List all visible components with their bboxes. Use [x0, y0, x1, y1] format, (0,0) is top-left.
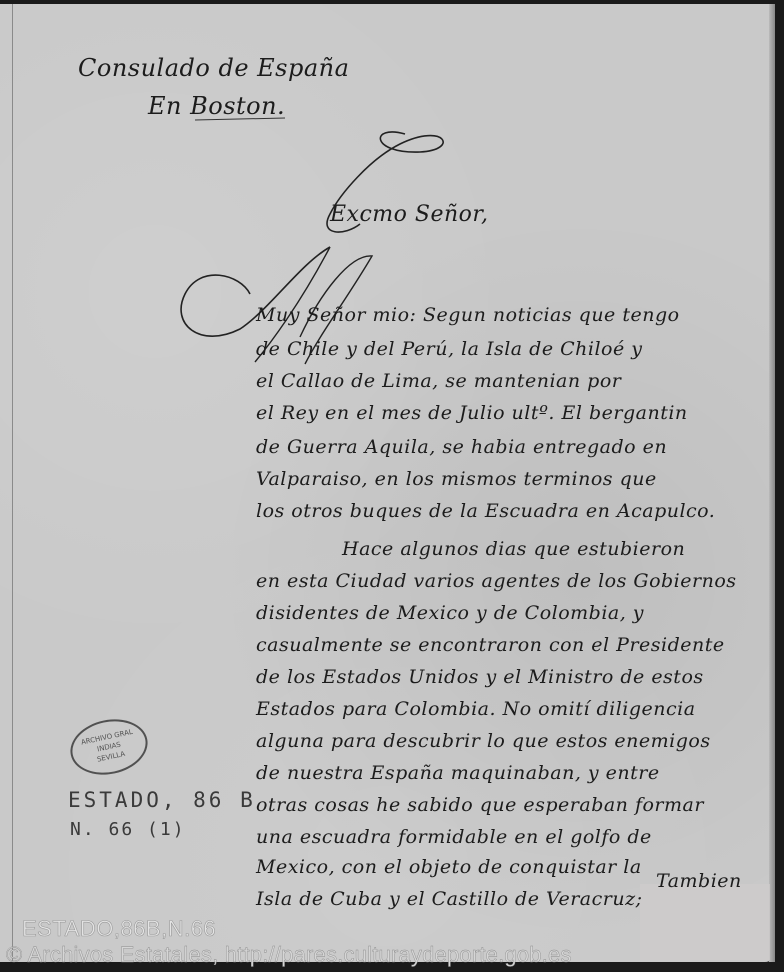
letter-line: disidentes de Mexico y de Colombia, y [256, 602, 644, 624]
letter-line: el Rey en el mes de Julio ultº. El berga… [256, 402, 688, 424]
document-page: Consulado de España En Boston. Excmo Señ… [0, 4, 775, 962]
archive-item-number: N. 66 (1) [70, 819, 186, 840]
letter-line: Muy Señor mio: Segun noticias que tengo [256, 304, 680, 326]
letter-line: de nuestra España maquinaban, y entre [256, 762, 660, 784]
letter-line: de los Estados Unidos y el Ministro de e… [256, 666, 704, 688]
letter-line: de Chile y del Perú, la Isla de Chiloé y [256, 338, 643, 360]
letter-line: otras cosas he sabido que esperaban form… [256, 794, 704, 816]
letter-line: Isla de Cuba y el Castillo de Veracruz; [256, 888, 643, 910]
letter-line: de Guerra Aquila, se habia entregado en [256, 436, 667, 458]
watermark-copyright: © Archivos Estatales, http://pares.cultu… [6, 942, 572, 968]
letterhead-city: En Boston. [148, 92, 285, 120]
letter-line: los otros buques de la Escuadra en Acapu… [256, 500, 715, 522]
letter-line: alguna para descubrir lo que estos enemi… [256, 730, 711, 752]
letter-line: una escuadra formidable en el golfo de [256, 826, 652, 848]
letter-line: Estados para Colombia. No omití diligenc… [256, 698, 696, 720]
salutation: Excmo Señor, [330, 202, 489, 227]
catchword: Tambien [656, 870, 742, 892]
letter-line: casualmente se encontraron con el Presid… [256, 634, 725, 656]
archive-stamp: ARCHIVO GRAL INDIAS SEVILLA [65, 712, 153, 781]
watermark-signature: ESTADO,86B,N.66 [22, 916, 216, 942]
paper-stain [640, 884, 770, 960]
page-edge [769, 4, 775, 962]
fold-line [12, 4, 13, 962]
letter-line: Mexico, con el objeto de conquistar la [256, 856, 642, 878]
letterhead-consulate: Consulado de España [78, 54, 349, 82]
archive-reference: ESTADO, 86 B [68, 788, 256, 812]
letter-line: Valparaiso, en los mismos terminos que [256, 468, 657, 490]
letter-line: el Callao de Lima, se mantenian por [256, 370, 621, 392]
letter-line: Hace algunos dias que estubieron [342, 538, 685, 560]
letter-line: en esta Ciudad varios agentes de los Gob… [256, 570, 737, 592]
